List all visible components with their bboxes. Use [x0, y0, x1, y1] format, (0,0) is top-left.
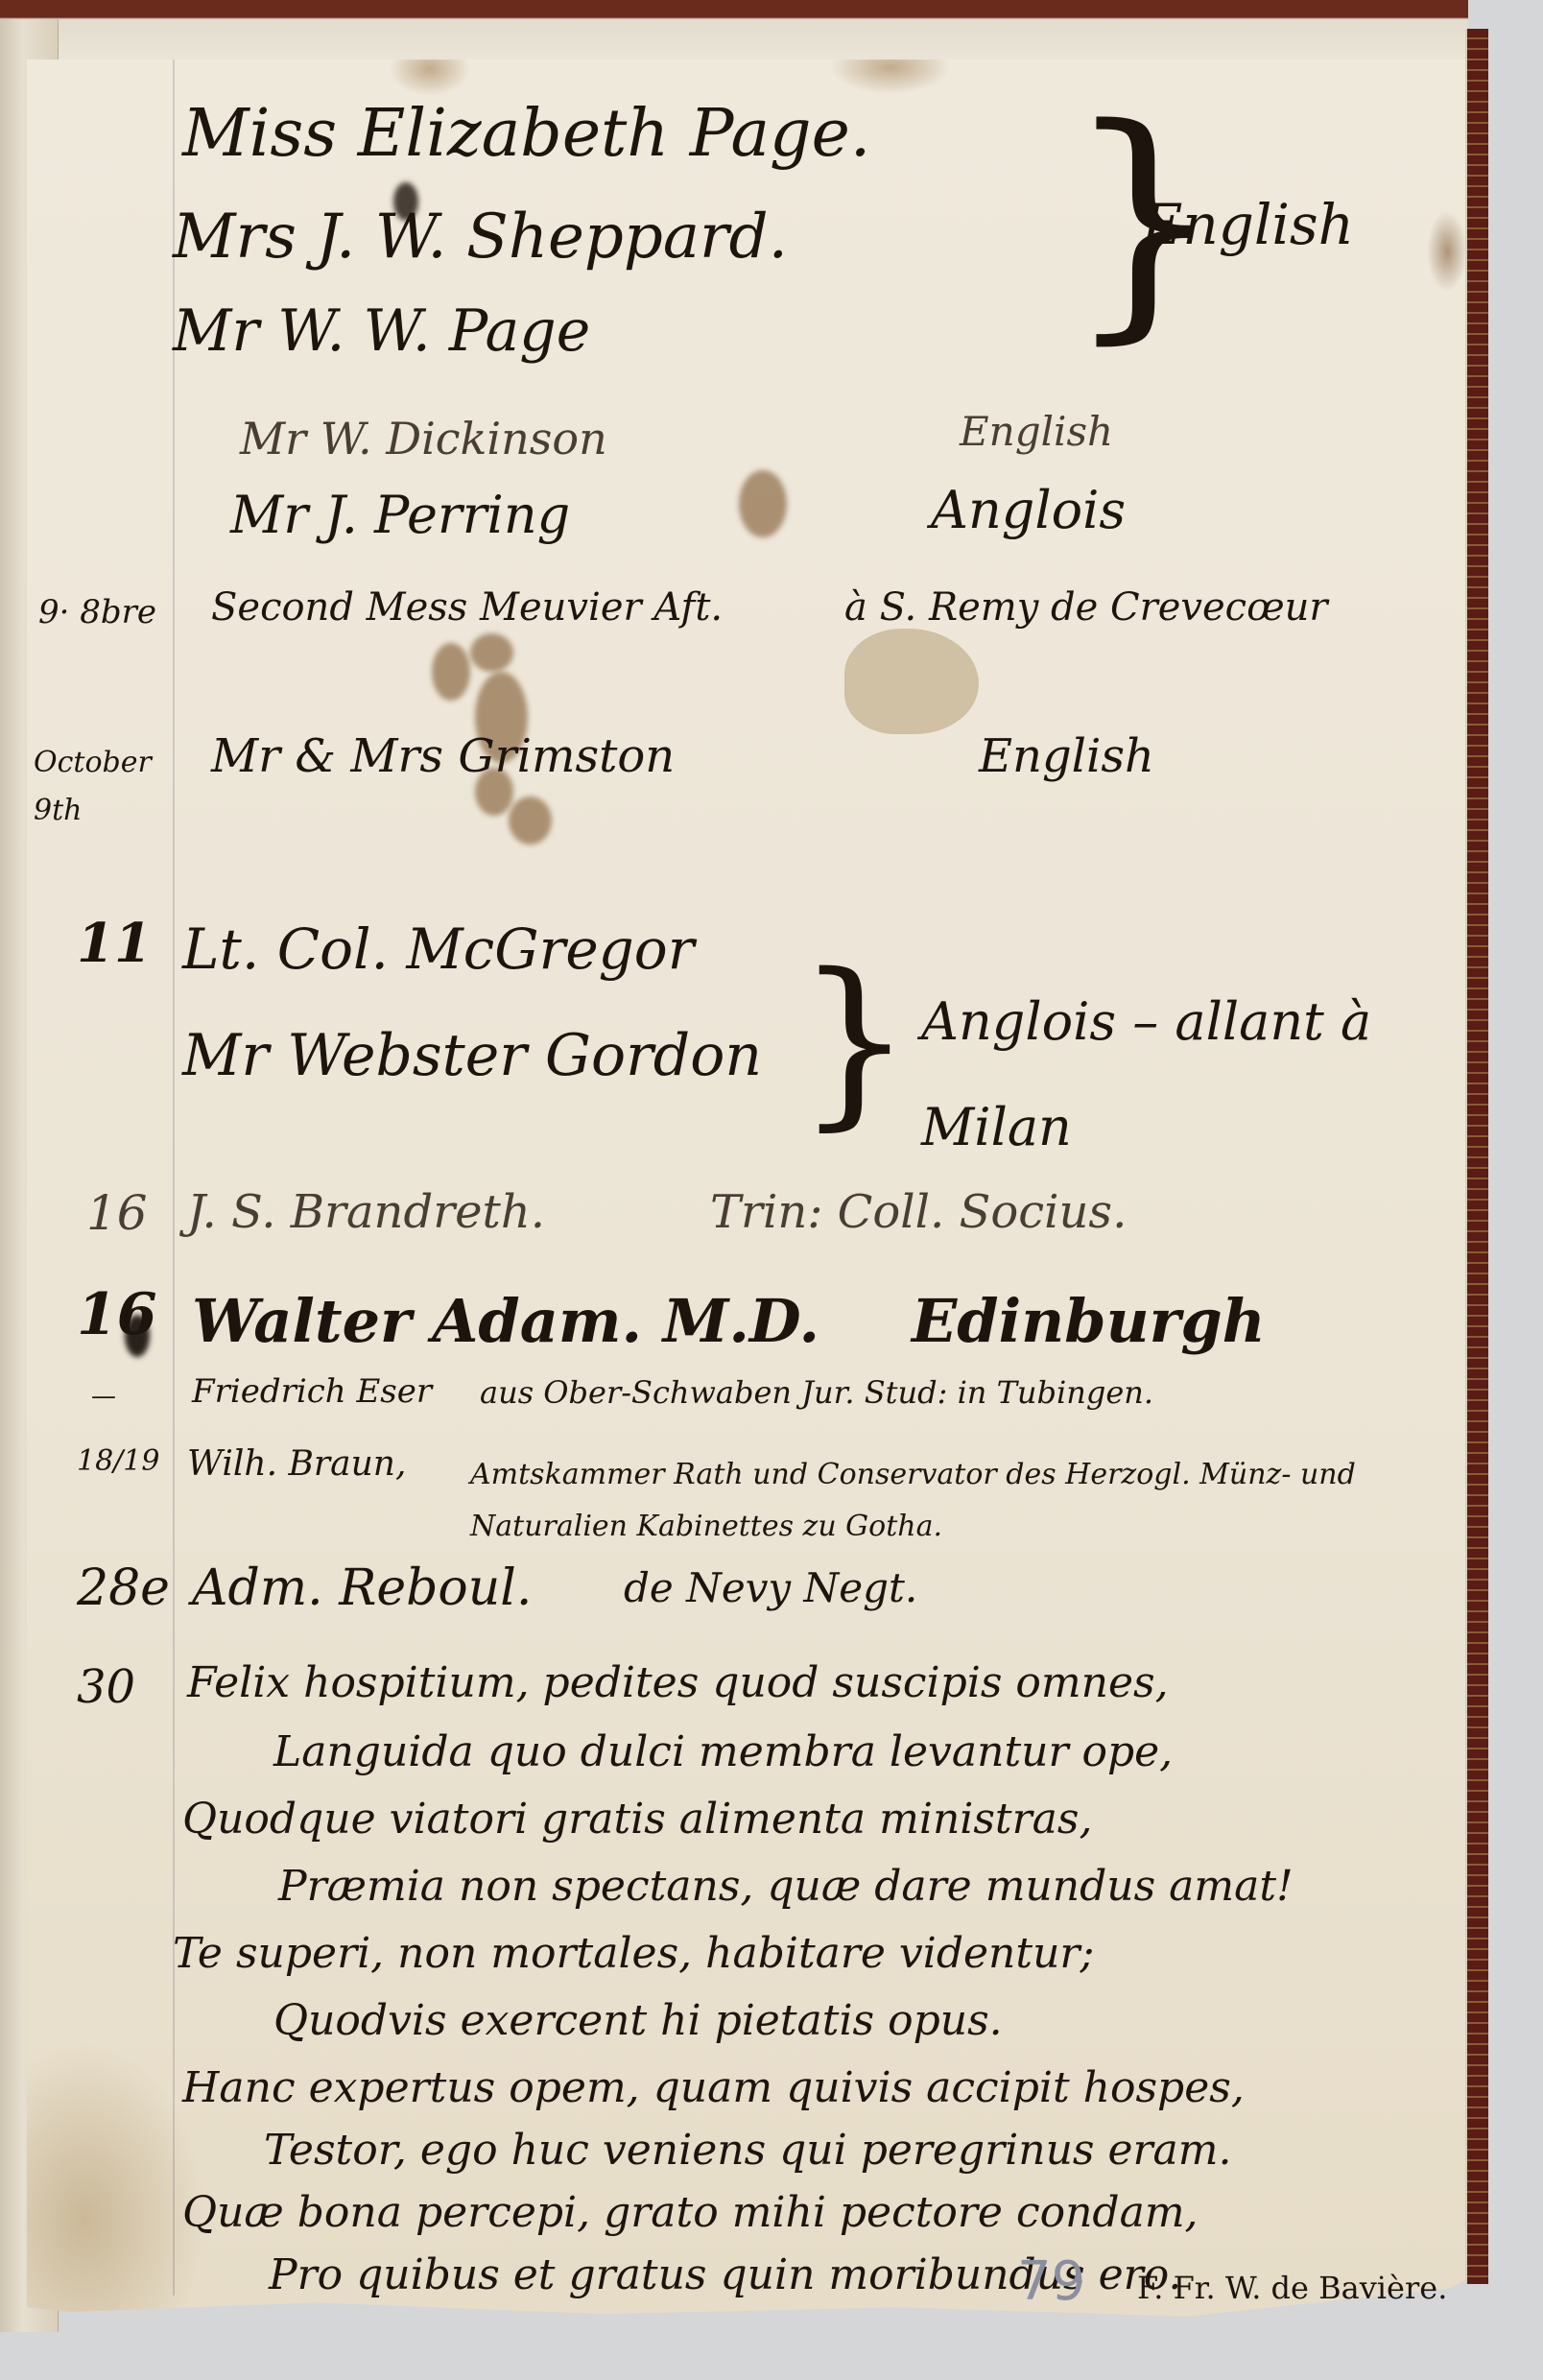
- entry-date: —: [91, 1382, 116, 1411]
- ink-stain: [509, 797, 552, 845]
- group-destination: Anglois – allant à Milan: [921, 969, 1459, 1180]
- entry-note: de Nevy Negt.: [624, 1564, 917, 1611]
- book-spine-binding: [1465, 29, 1488, 2284]
- entry-name: Miss Elizabeth Page.: [182, 96, 870, 172]
- poem-date: 30: [77, 1660, 135, 1714]
- entry-name: Mr J. Perring: [230, 485, 570, 545]
- entry-date: 16: [86, 1185, 148, 1241]
- entry-date: 11: [77, 912, 152, 975]
- poem-signature: F. Fr. W. de Bavière.: [1137, 2270, 1447, 2306]
- entry-note: Amtskammer Rath und Conservator des Herz…: [470, 1449, 1449, 1553]
- poem-line: Præmia non spectans, quæ dare mundus ama…: [278, 1862, 1294, 1911]
- grouping-brace: }: [796, 950, 913, 1132]
- entry-note: Trin: Coll. Socius.: [710, 1185, 1127, 1239]
- poem-line: Felix hospitium, pedites quod suscipis o…: [187, 1658, 1169, 1707]
- entry-name: Friedrich Eser: [192, 1372, 432, 1411]
- entry-date: 18/19: [77, 1444, 159, 1478]
- entry-name: Lt. Col. McGregor: [182, 916, 694, 982]
- entry-name: Mr Webster Gordon: [182, 1022, 762, 1089]
- entry-date: 16: [77, 1281, 157, 1348]
- entry-name: Adm. Reboul.: [192, 1559, 532, 1617]
- entry-note: aus Ober-Schwaben Jur. Stud: in Tubingen…: [480, 1374, 1153, 1411]
- poem-line: Te superi, non mortales, habitare vident…: [173, 1929, 1094, 1978]
- book-top-edge: [0, 0, 1468, 67]
- poem-line: Quæ bona percepi, grato mihi pectore con…: [182, 2188, 1199, 2237]
- poem-line: Quodque viatori gratis alimenta ministra…: [182, 1795, 1092, 1844]
- page-number: 79: [1017, 2250, 1085, 2313]
- entry-note: English: [979, 729, 1154, 783]
- entry-name: Second Mess Meuvier Aft.: [211, 585, 723, 630]
- poem-line: Hanc expertus opem, quam quivis accipit …: [182, 2063, 1245, 2112]
- poem-line: Quodvis exercent hi pietatis opus.: [273, 1996, 1003, 2045]
- entry-date: 9· 8bre: [38, 593, 156, 631]
- ink-stain: [470, 633, 513, 672]
- entry-name: Mr W. Dickinson: [240, 413, 607, 464]
- entry-name: Wilh. Braun,: [187, 1444, 406, 1484]
- entry-name: Mr W. W. Page: [173, 297, 590, 365]
- poem-line: Testor, ego huc veniens qui peregrinus e…: [264, 2126, 1232, 2175]
- entry-date: 28e: [77, 1559, 170, 1617]
- entry-note: à S. Remy de Crevecœur: [844, 585, 1328, 630]
- entry-name: Walter Adam. M.D.: [192, 1286, 819, 1356]
- entry-name: Mrs J. W. Sheppard.: [173, 202, 788, 273]
- entry-name: Mr & Mrs Grimston: [211, 729, 675, 783]
- entry-name: J. S. Brandreth.: [187, 1185, 545, 1239]
- poem-line: Languida quo dulci membra levantur ope,: [273, 1727, 1173, 1776]
- entry-date: October 9th: [34, 739, 130, 835]
- entry-note: Edinburgh: [912, 1286, 1266, 1356]
- entry-note: Anglois: [931, 480, 1126, 540]
- entry-note: English: [960, 408, 1113, 455]
- ink-stain: [432, 643, 470, 701]
- water-stain: [844, 629, 979, 734]
- group-nationality: English: [1142, 192, 1354, 257]
- ink-stain: [739, 470, 787, 537]
